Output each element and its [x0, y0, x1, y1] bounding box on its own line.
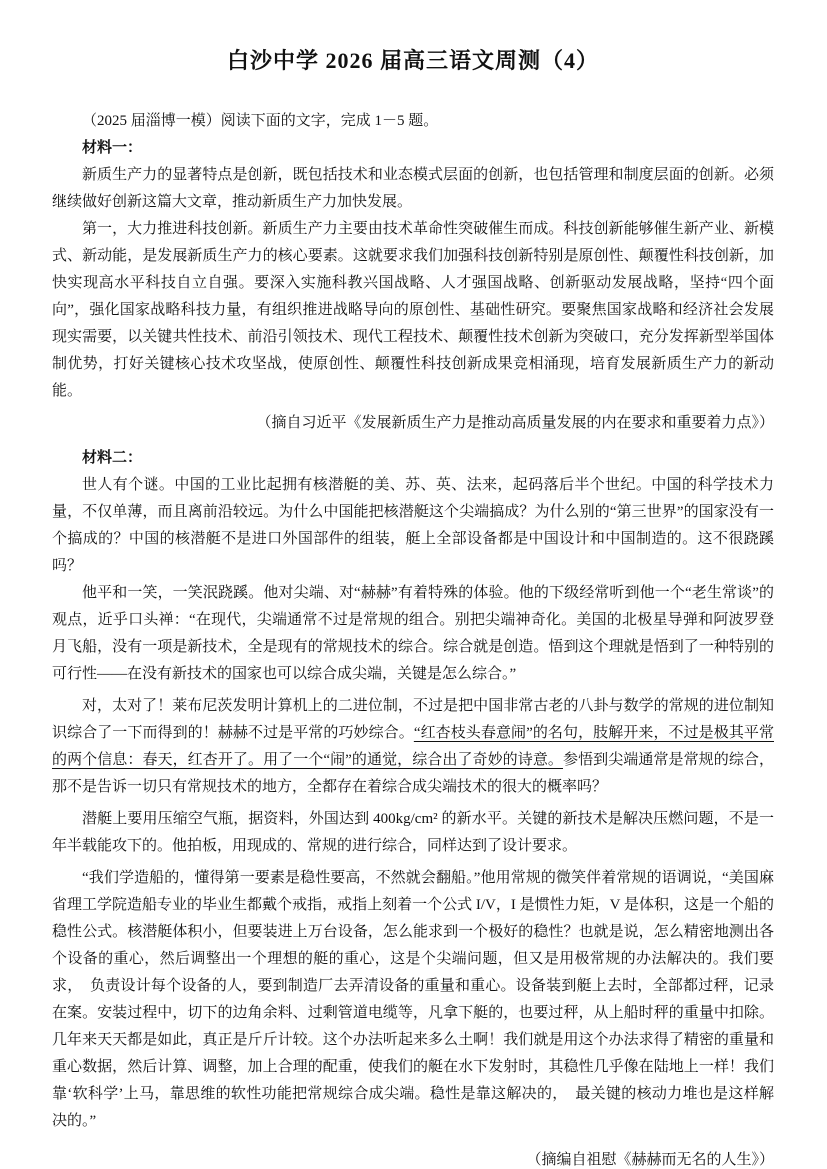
material-1-heading: 材料一： [52, 135, 774, 162]
material-2-paragraph-4: 潜艇上要用压缩空气瓶，据资料，外国达到 400kg/cm² 的新水平。关键的新技… [52, 806, 774, 860]
document-page: 白沙中学 2026 届高三语文周测（4） （2025 届淄博一模）阅读下面的文字… [0, 0, 827, 1169]
material-2-heading: 材料二： [52, 445, 774, 472]
material-2-paragraph-3: 对，太对了！莱布尼茨发明计算机上的二进位制，不过是把中国非常古老的八卦与数学的常… [52, 693, 774, 801]
material-2-section: 材料二： 世人有个谜。中国的工业比起拥有核潜艇的美、苏、英、法来，起码落后半个世… [52, 445, 774, 1169]
material-2-paragraph-5: “我们学造船的，懂得第一要素是稳性要高，不然就会翻船。”他用常规的微笑伴着常规的… [52, 865, 774, 1135]
material-1-paragraph-1: 新质生产力的显著特点是创新，既包括技术和业态模式层面的创新，也包括管理和制度层面… [52, 162, 774, 216]
material-1-section: 材料一： 新质生产力的显著特点是创新，既包括技术和业态模式层面的创新，也包括管理… [52, 135, 774, 437]
document-body: （2025 届淄博一模）阅读下面的文字，完成 1－5 题。 材料一： 新质生产力… [52, 108, 774, 1169]
material-2-paragraph-2: 他平和一笑，一笑泯跷蹊。他对尖端、对“赫赫”有着特殊的体验。他的下级经常听到他一… [52, 580, 774, 688]
material-1-paragraph-2: 第一，大力推进科技创新。新质生产力主要由技术革命性突破催生而成。科技创新能够催生… [52, 216, 774, 405]
intro-line: （2025 届淄博一模）阅读下面的文字，完成 1－5 题。 [52, 108, 774, 135]
material-1-attribution: （摘自习近平《发展新质生产力是推动高质量发展的内在要求和重要着力点》） [52, 410, 774, 437]
document-title: 白沙中学 2026 届高三语文周测（4） [52, 44, 774, 78]
material-2-attribution: （摘编自祖慰《赫赫而无名的人生》） [52, 1147, 774, 1169]
material-2-paragraph-1: 世人有个谜。中国的工业比起拥有核潜艇的美、苏、英、法来，起码落后半个世纪。中国的… [52, 472, 774, 580]
